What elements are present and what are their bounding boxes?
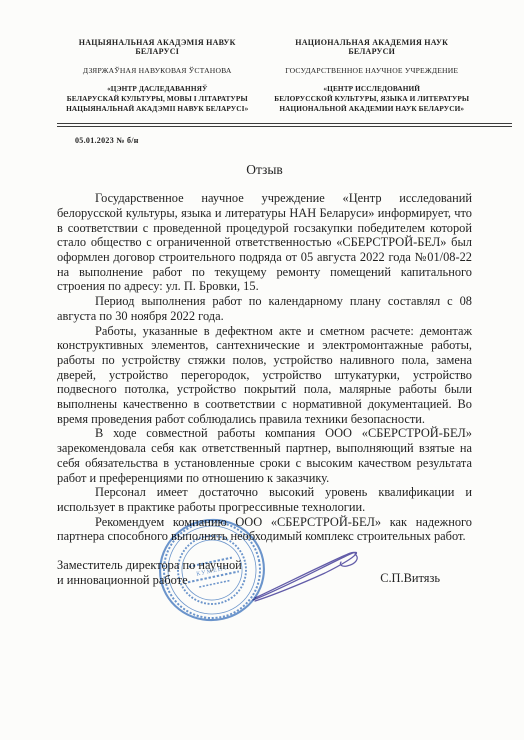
letterhead-divider xyxy=(57,123,512,127)
signer-position-line2: и инновационной работе xyxy=(57,573,242,588)
academy-name-ru: НАЦИОНАЛЬНАЯ АКАДЕМИЯ НАУК БЕЛАРУСИ xyxy=(272,38,473,56)
signer-name: С.П.Витязь xyxy=(380,571,440,587)
paragraph-schedule: Период выполнения работ по календарному … xyxy=(57,294,472,323)
letterhead-belarusian-column: НАЦЫЯНАЛЬНАЯ АКАДЭМІЯ НАВУК БЕЛАРУСІ ДЗЯ… xyxy=(57,38,258,114)
org-name-by: «ЦЭНТР ДАСЛЕДАВАННЯЎ БЕЛАРУСКАЙ КУЛЬТУРЫ… xyxy=(57,84,258,114)
document-body: Государственное научное учреждение «Цент… xyxy=(57,191,472,544)
signer-position-line1: Заместитель директора по научной xyxy=(57,558,242,573)
paragraph-partner-assessment: В ходе совместной работы компания ООО «С… xyxy=(57,426,472,485)
letterhead-russian-column: НАЦИОНАЛЬНАЯ АКАДЕМИЯ НАУК БЕЛАРУСИ ГОСУ… xyxy=(272,38,473,114)
letterhead: НАЦЫЯНАЛЬНАЯ АКАДЭМІЯ НАВУК БЕЛАРУСІ ДЗЯ… xyxy=(57,38,472,114)
reference-date-number: 05.01.2023 № б/н xyxy=(75,136,472,145)
org-name-ru: «ЦЕНТР ИССЛЕДОВАНИЙ БЕЛОРУССКОЙ КУЛЬТУРЫ… xyxy=(272,84,473,114)
academy-name-by: НАЦЫЯНАЛЬНАЯ АКАДЭМІЯ НАВУК БЕЛАРУСІ xyxy=(57,38,258,56)
paragraph-personnel: Персонал имеет достаточно высокий уровен… xyxy=(57,485,472,514)
signature-block: Заместитель директора по научной и иннов… xyxy=(57,558,472,587)
paragraph-works-list: Работы, указанные в дефектном акте и сме… xyxy=(57,324,472,427)
document-title: Отзыв xyxy=(57,162,472,178)
paragraph-contract-info: Государственное научное учреждение «Цент… xyxy=(57,191,472,294)
scanned-letter-page: НАЦЫЯНАЛЬНАЯ АКАДЭМІЯ НАВУК БЕЛАРУСІ ДЗЯ… xyxy=(0,0,524,740)
institution-type-ru: ГОСУДАРСТВЕННОЕ НАУЧНОЕ УЧРЕЖДЕНИЕ xyxy=(272,66,473,75)
institution-type-by: ДЗЯРЖАЎНАЯ НАВУКОВАЯ ЎСТАНОВА xyxy=(57,66,258,75)
paragraph-recommendation: Рекомендуем компанию ООО «СБЕРСТРОЙ-БЕЛ»… xyxy=(57,515,472,544)
signer-position: Заместитель директора по научной и иннов… xyxy=(57,558,242,587)
